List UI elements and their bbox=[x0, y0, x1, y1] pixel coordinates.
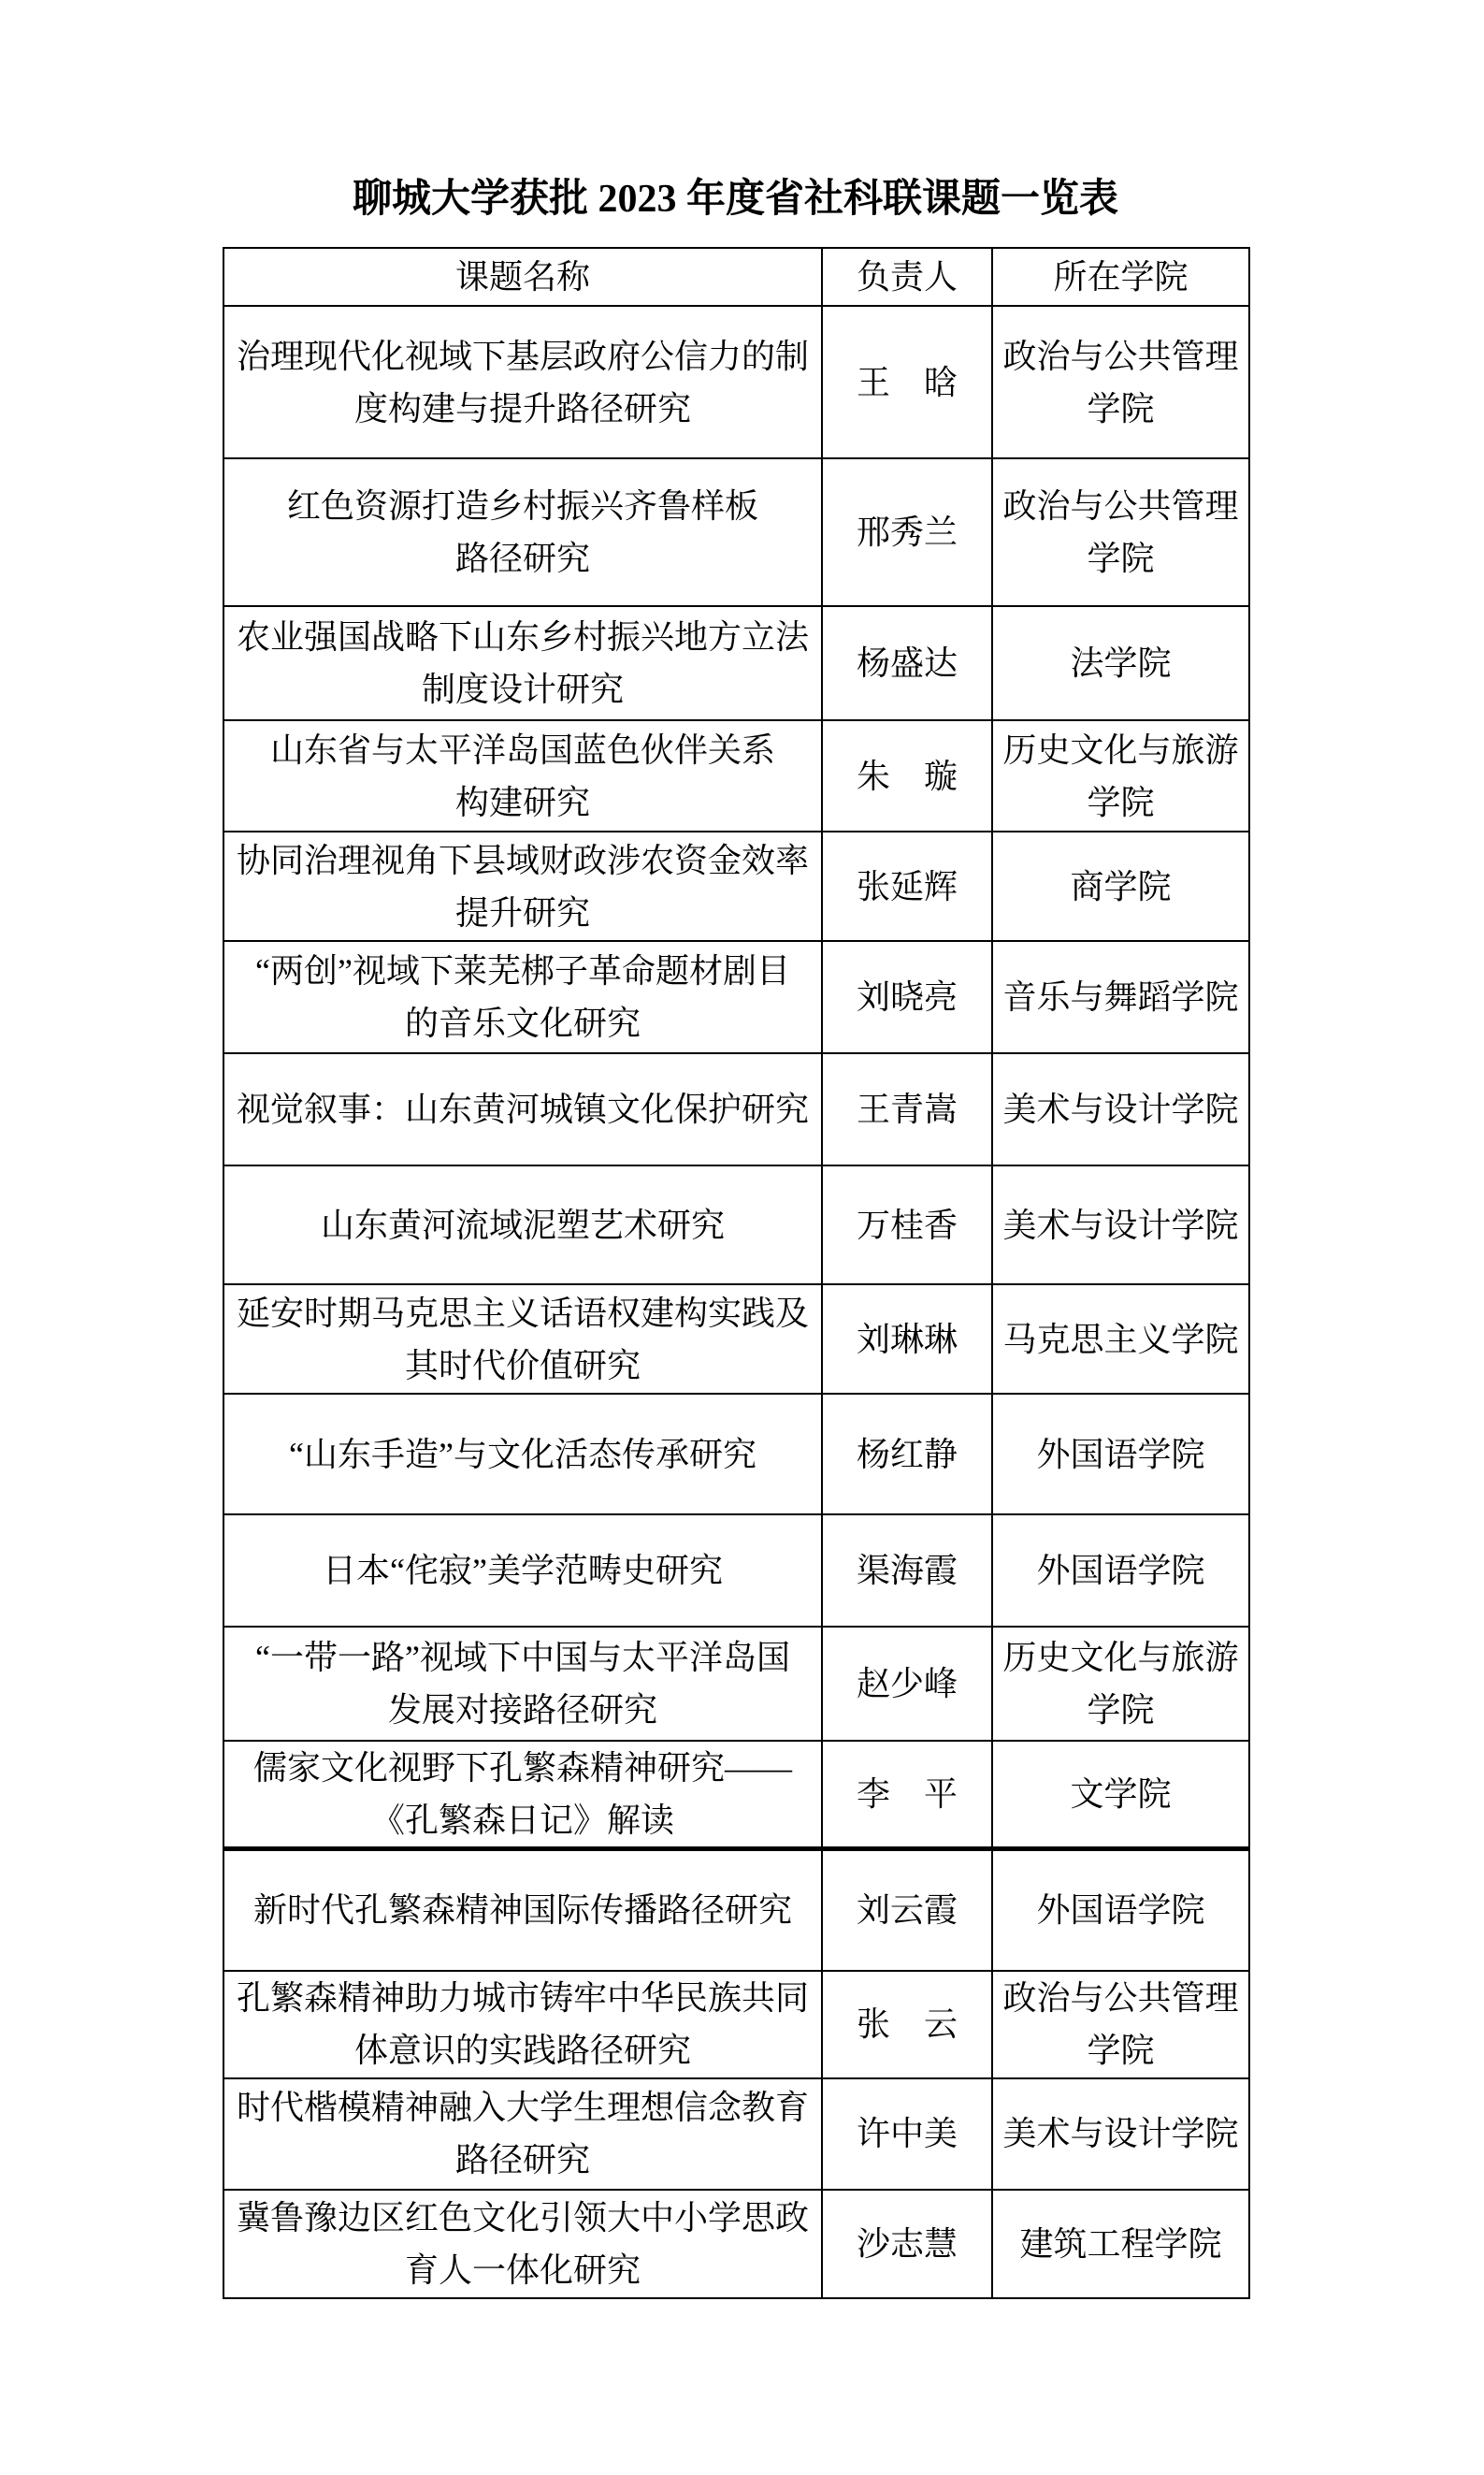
person-cell: 王青嵩 bbox=[822, 1053, 992, 1165]
topic-cell: 山东黄河流域泥塑艺术研究 bbox=[223, 1165, 822, 1284]
person-cell: 邢秀兰 bbox=[822, 458, 992, 606]
person-cell: 许中美 bbox=[822, 2078, 992, 2190]
table-header: 课题名称 负责人 所在学院 bbox=[223, 248, 1249, 306]
col-header-topic: 课题名称 bbox=[223, 248, 822, 306]
person-cell: 万桂香 bbox=[822, 1165, 992, 1284]
projects-table: 课题名称 负责人 所在学院 治理现代化视域下基层政府公信力的制 度构建与提升路径… bbox=[223, 247, 1250, 2299]
table-row: 孔繁森精神助力城市铸牢中华民族共同 体意识的实践路径研究张 云政治与公共管理 学… bbox=[223, 1971, 1249, 2078]
topic-cell: 协同治理视角下县域财政涉农资金效率 提升研究 bbox=[223, 832, 822, 941]
table-row: 协同治理视角下县域财政涉农资金效率 提升研究张延辉商学院 bbox=[223, 832, 1249, 941]
topic-cell: 红色资源打造乡村振兴齐鲁样板 路径研究 bbox=[223, 458, 822, 606]
college-cell: 历史文化与旅游 学院 bbox=[992, 1627, 1249, 1741]
topic-cell: 农业强国战略下山东乡村振兴地方立法 制度设计研究 bbox=[223, 606, 822, 720]
col-header-college: 所在学院 bbox=[992, 248, 1249, 306]
document-page: 聊城大学获批 2023 年度省社科联课题一览表 课题名称 负责人 所在学院 治理… bbox=[0, 0, 1484, 2475]
college-cell: 美术与设计学院 bbox=[992, 1165, 1249, 1284]
topic-cell: “一带一路”视域下中国与太平洋岛国 发展对接路径研究 bbox=[223, 1627, 822, 1741]
topic-cell: 冀鲁豫边区红色文化引领大中小学思政 育人一体化研究 bbox=[223, 2190, 822, 2298]
person-cell: 刘晓亮 bbox=[822, 941, 992, 1053]
topic-cell: 日本“侘寂”美学范畴史研究 bbox=[223, 1514, 822, 1627]
college-cell: 马克思主义学院 bbox=[992, 1284, 1249, 1394]
table-row: 新时代孔繁森精神国际传播路径研究刘云霞外国语学院 bbox=[223, 1849, 1249, 1971]
college-cell: 美术与设计学院 bbox=[992, 2078, 1249, 2190]
person-cell: 王 晗 bbox=[822, 306, 992, 458]
person-cell: 刘云霞 bbox=[822, 1849, 992, 1971]
table-row: 视觉叙事：山东黄河城镇文化保护研究王青嵩美术与设计学院 bbox=[223, 1053, 1249, 1165]
college-cell: 美术与设计学院 bbox=[992, 1053, 1249, 1165]
topic-cell: 时代楷模精神融入大学生理想信念教育 路径研究 bbox=[223, 2078, 822, 2190]
table-row: 山东黄河流域泥塑艺术研究万桂香美术与设计学院 bbox=[223, 1165, 1249, 1284]
page-title: 聊城大学获批 2023 年度省社科联课题一览表 bbox=[223, 174, 1248, 224]
topic-cell: “两创”视域下莱芜梆子革命题材剧目 的音乐文化研究 bbox=[223, 941, 822, 1053]
topic-cell: 治理现代化视域下基层政府公信力的制 度构建与提升路径研究 bbox=[223, 306, 822, 458]
table-row: 农业强国战略下山东乡村振兴地方立法 制度设计研究杨盛达法学院 bbox=[223, 606, 1249, 720]
college-cell: 法学院 bbox=[992, 606, 1249, 720]
college-cell: 政治与公共管理 学院 bbox=[992, 306, 1249, 458]
person-cell: 朱 璇 bbox=[822, 720, 992, 832]
table-row: 时代楷模精神融入大学生理想信念教育 路径研究许中美美术与设计学院 bbox=[223, 2078, 1249, 2190]
table-row: 红色资源打造乡村振兴齐鲁样板 路径研究邢秀兰政治与公共管理 学院 bbox=[223, 458, 1249, 606]
table-row: 日本“侘寂”美学范畴史研究渠海霞外国语学院 bbox=[223, 1514, 1249, 1627]
table-row: 延安时期马克思主义话语权建构实践及 其时代价值研究刘琳琳马克思主义学院 bbox=[223, 1284, 1249, 1394]
table-row: 冀鲁豫边区红色文化引领大中小学思政 育人一体化研究沙志慧建筑工程学院 bbox=[223, 2190, 1249, 2298]
person-cell: 赵少峰 bbox=[822, 1627, 992, 1741]
college-cell: 政治与公共管理 学院 bbox=[992, 1971, 1249, 2078]
topic-cell: 延安时期马克思主义话语权建构实践及 其时代价值研究 bbox=[223, 1284, 822, 1394]
topic-cell: “山东手造”与文化活态传承研究 bbox=[223, 1394, 822, 1514]
person-cell: 杨红静 bbox=[822, 1394, 992, 1514]
college-cell: 历史文化与旅游 学院 bbox=[992, 720, 1249, 832]
college-cell: 音乐与舞蹈学院 bbox=[992, 941, 1249, 1053]
table-row: 山东省与太平洋岛国蓝色伙伴关系 构建研究朱 璇历史文化与旅游 学院 bbox=[223, 720, 1249, 832]
college-cell: 外国语学院 bbox=[992, 1394, 1249, 1514]
table-row: “一带一路”视域下中国与太平洋岛国 发展对接路径研究赵少峰历史文化与旅游 学院 bbox=[223, 1627, 1249, 1741]
topic-cell: 新时代孔繁森精神国际传播路径研究 bbox=[223, 1849, 822, 1971]
person-cell: 张 云 bbox=[822, 1971, 992, 2078]
college-cell: 外国语学院 bbox=[992, 1849, 1249, 1971]
table-row: “山东手造”与文化活态传承研究杨红静外国语学院 bbox=[223, 1394, 1249, 1514]
person-cell: 杨盛达 bbox=[822, 606, 992, 720]
topic-cell: 孔繁森精神助力城市铸牢中华民族共同 体意识的实践路径研究 bbox=[223, 1971, 822, 2078]
col-header-person: 负责人 bbox=[822, 248, 992, 306]
college-cell: 文学院 bbox=[992, 1741, 1249, 1849]
table-body: 治理现代化视域下基层政府公信力的制 度构建与提升路径研究王 晗政治与公共管理 学… bbox=[223, 306, 1249, 2298]
person-cell: 渠海霞 bbox=[822, 1514, 992, 1627]
person-cell: 沙志慧 bbox=[822, 2190, 992, 2298]
person-cell: 张延辉 bbox=[822, 832, 992, 941]
college-cell: 政治与公共管理 学院 bbox=[992, 458, 1249, 606]
person-cell: 刘琳琳 bbox=[822, 1284, 992, 1394]
college-cell: 外国语学院 bbox=[992, 1514, 1249, 1627]
table-row: “两创”视域下莱芜梆子革命题材剧目 的音乐文化研究刘晓亮音乐与舞蹈学院 bbox=[223, 941, 1249, 1053]
topic-cell: 山东省与太平洋岛国蓝色伙伴关系 构建研究 bbox=[223, 720, 822, 832]
college-cell: 建筑工程学院 bbox=[992, 2190, 1249, 2298]
table-row: 儒家文化视野下孔繁森精神研究—— 《孔繁森日记》解读李 平文学院 bbox=[223, 1741, 1249, 1849]
college-cell: 商学院 bbox=[992, 832, 1249, 941]
person-cell: 李 平 bbox=[822, 1741, 992, 1849]
table-row: 治理现代化视域下基层政府公信力的制 度构建与提升路径研究王 晗政治与公共管理 学… bbox=[223, 306, 1249, 458]
header-row: 课题名称 负责人 所在学院 bbox=[223, 248, 1249, 306]
topic-cell: 视觉叙事：山东黄河城镇文化保护研究 bbox=[223, 1053, 822, 1165]
topic-cell: 儒家文化视野下孔繁森精神研究—— 《孔繁森日记》解读 bbox=[223, 1741, 822, 1849]
